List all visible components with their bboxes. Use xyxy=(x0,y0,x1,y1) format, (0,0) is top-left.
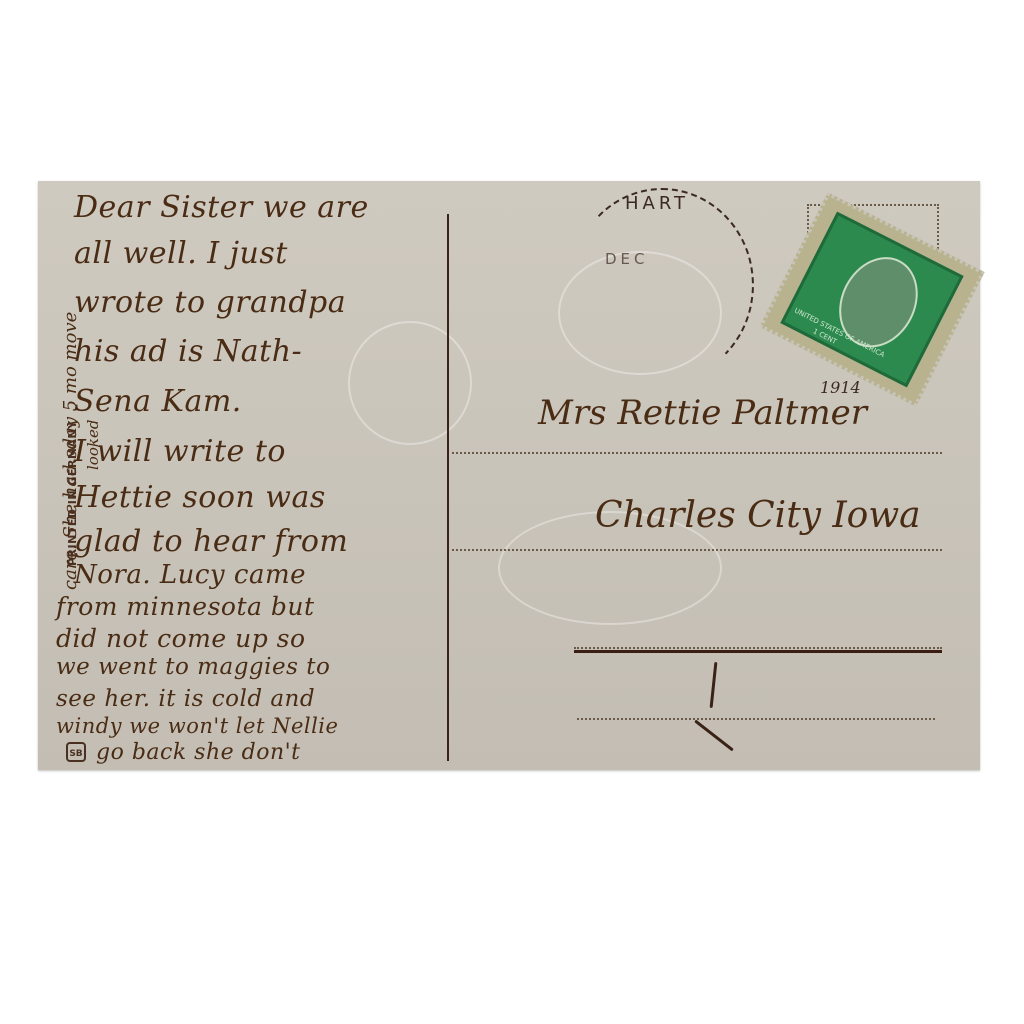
address-city: Charles City Iowa xyxy=(595,495,921,536)
message-line: wrote to grandpa xyxy=(74,285,346,320)
message-line: go back she don't xyxy=(96,740,301,765)
address-line-3-dots xyxy=(574,647,942,649)
message-line: I will write to xyxy=(74,434,286,469)
message-line: we went to maggies to xyxy=(56,654,330,680)
address-line-4 xyxy=(577,718,935,720)
message-line: his ad is Nath- xyxy=(74,334,302,369)
printed-in-germany-imprint: PRINTED IN GERMANY xyxy=(66,420,79,566)
message-line: did not come up so xyxy=(56,624,306,653)
message-line: Sena Kam. xyxy=(74,384,242,419)
address-line-2 xyxy=(452,549,942,551)
embossed-decoration xyxy=(348,321,472,445)
message-line: Nora. Lucy came xyxy=(74,560,306,590)
postmark-town: HART xyxy=(625,193,689,214)
message-line: from minnesota but xyxy=(56,592,315,621)
margin-note: looked xyxy=(84,420,102,470)
postmark-date: DEC xyxy=(605,250,649,268)
address-line-3 xyxy=(574,650,942,653)
message-line: windy we won't let Nellie xyxy=(56,714,338,738)
address-name: Mrs Rettie Paltmer xyxy=(538,393,867,433)
address-line-1 xyxy=(452,452,942,454)
publisher-logo: SB xyxy=(66,742,86,762)
postmark-circle xyxy=(570,188,754,382)
postcard-divider-line xyxy=(447,214,449,761)
stamp-portrait-icon xyxy=(824,244,933,361)
message-line: Hettie soon was xyxy=(74,480,326,515)
message-line: Dear Sister we are xyxy=(74,190,369,225)
message-line: see her. it is cold and xyxy=(56,686,315,712)
message-line: all well. I just xyxy=(74,236,288,271)
message-line: glad to hear from xyxy=(74,524,348,559)
